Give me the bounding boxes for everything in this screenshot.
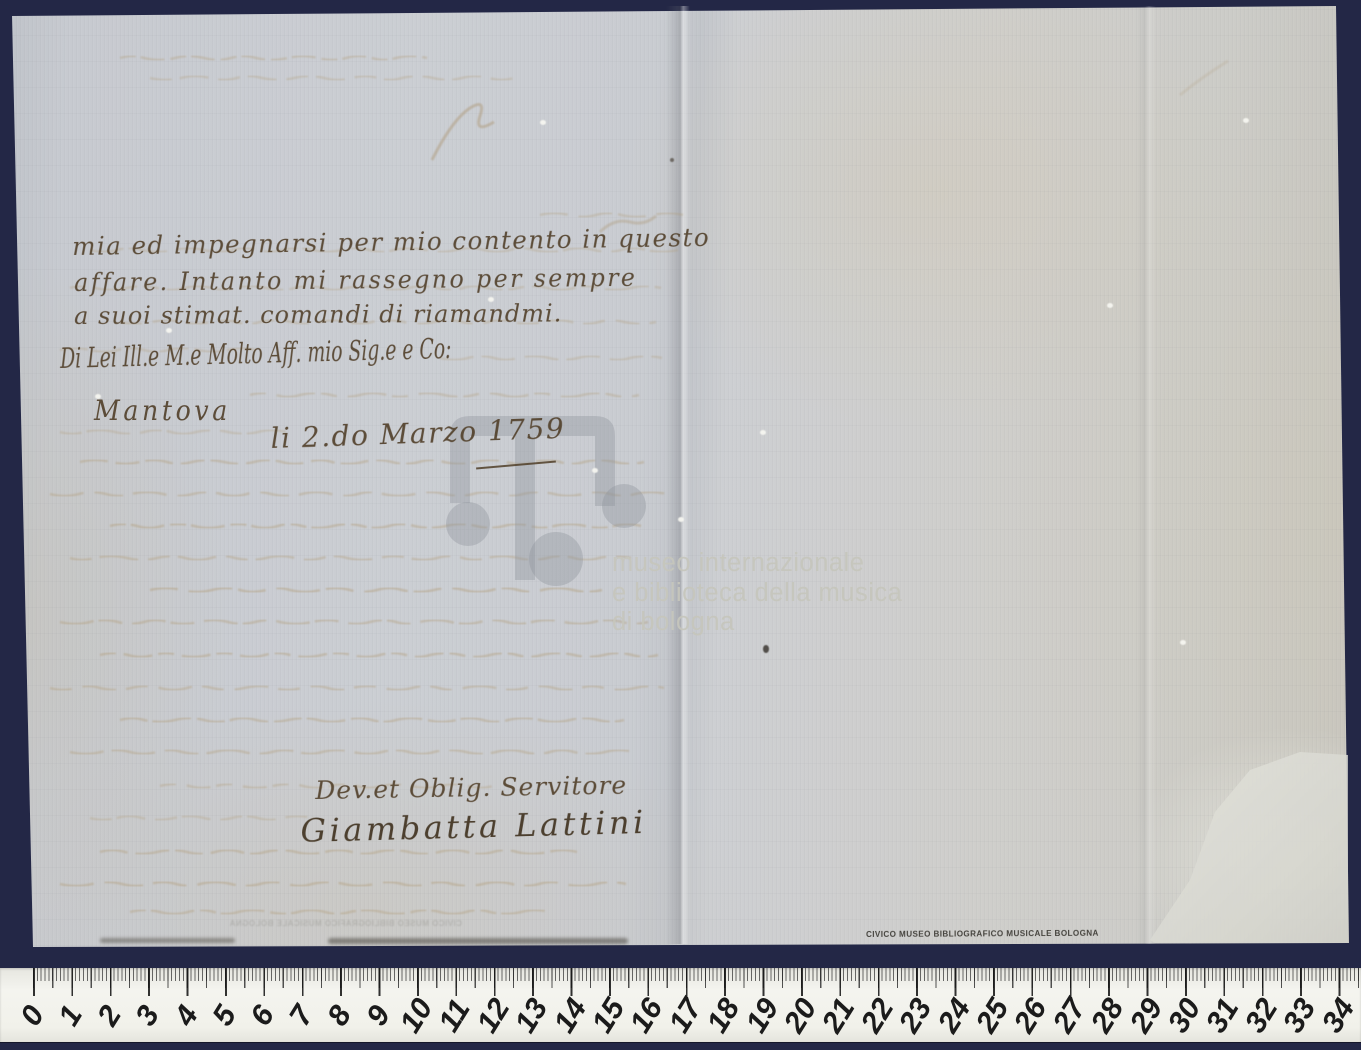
ruler-number: 15 bbox=[586, 993, 633, 1039]
scan-background: museo internazionale e biblioteca della … bbox=[0, 0, 1361, 1050]
ruler-number: 20 bbox=[778, 993, 825, 1039]
ruler-number: 11 bbox=[433, 994, 478, 1038]
ruler-number: 3 bbox=[129, 1000, 167, 1032]
library-stamp: CIVICO MUSEO BIBLIOGRAFICO MUSICALE BOLO… bbox=[866, 928, 1099, 939]
ruler-number: 7 bbox=[283, 1000, 321, 1032]
paper-speck bbox=[1243, 118, 1249, 123]
paper-speck bbox=[678, 517, 684, 522]
paper-speck bbox=[1107, 303, 1113, 308]
edge-smudge bbox=[328, 938, 628, 944]
ruler-number: 14 bbox=[547, 993, 594, 1039]
ruler-number: 2 bbox=[91, 1000, 129, 1032]
ruler-ticks-cm bbox=[33, 968, 1361, 996]
measuring-ruler: 0123456789101112131415161718192021222324… bbox=[0, 968, 1361, 1042]
ruler-number: 21 bbox=[816, 993, 863, 1039]
ruler-number: 0 bbox=[14, 1000, 52, 1032]
ruler-number: 17 bbox=[663, 993, 710, 1039]
ruler-number: 24 bbox=[931, 993, 978, 1039]
ruler-number: 31 bbox=[1200, 993, 1247, 1039]
paper-speck bbox=[760, 430, 766, 435]
ruler-number: 19 bbox=[739, 993, 786, 1039]
paper-speck bbox=[95, 394, 101, 399]
paper-speck bbox=[540, 120, 546, 125]
paper-speck bbox=[592, 468, 598, 473]
ruler-number: 4 bbox=[168, 1000, 206, 1032]
ink-speck bbox=[763, 645, 769, 653]
ruler-number: 6 bbox=[245, 1000, 283, 1032]
stamp-bleedthrough: CIVICO MUSEO BIBLIOGRAFICO MUSICALE BOLO… bbox=[234, 918, 462, 928]
letter-scan-paper bbox=[0, 0, 1361, 1050]
paper-speck bbox=[1180, 640, 1186, 645]
paper-speck bbox=[166, 328, 172, 333]
ruler-number: 5 bbox=[206, 1000, 244, 1032]
ruler-number: 25 bbox=[970, 993, 1017, 1039]
ink-speck bbox=[670, 158, 674, 162]
ruler-number: 26 bbox=[1008, 993, 1055, 1039]
ruler-number: 28 bbox=[1085, 993, 1132, 1039]
edge-smudge bbox=[100, 938, 235, 943]
ruler-number: 34 bbox=[1315, 993, 1361, 1039]
paper-speck bbox=[488, 297, 494, 302]
ruler-number: 8 bbox=[321, 1000, 359, 1032]
ruler-number: 18 bbox=[701, 993, 748, 1039]
ruler-number: 32 bbox=[1239, 993, 1286, 1039]
ruler-number: 33 bbox=[1277, 993, 1324, 1039]
ruler-number: 22 bbox=[855, 993, 902, 1039]
ruler-number: 30 bbox=[1162, 993, 1209, 1039]
ruler-number: 23 bbox=[893, 993, 940, 1039]
ruler-number: 27 bbox=[1047, 993, 1094, 1039]
ruler-number: 9 bbox=[360, 1000, 398, 1032]
ruler-number: 29 bbox=[1123, 993, 1170, 1039]
ruler-number: 10 bbox=[394, 993, 441, 1039]
ruler-number: 1 bbox=[53, 1000, 91, 1032]
ruler-number: 16 bbox=[624, 993, 671, 1039]
ruler-number: 12 bbox=[471, 993, 518, 1039]
ruler-number: 13 bbox=[509, 993, 556, 1039]
